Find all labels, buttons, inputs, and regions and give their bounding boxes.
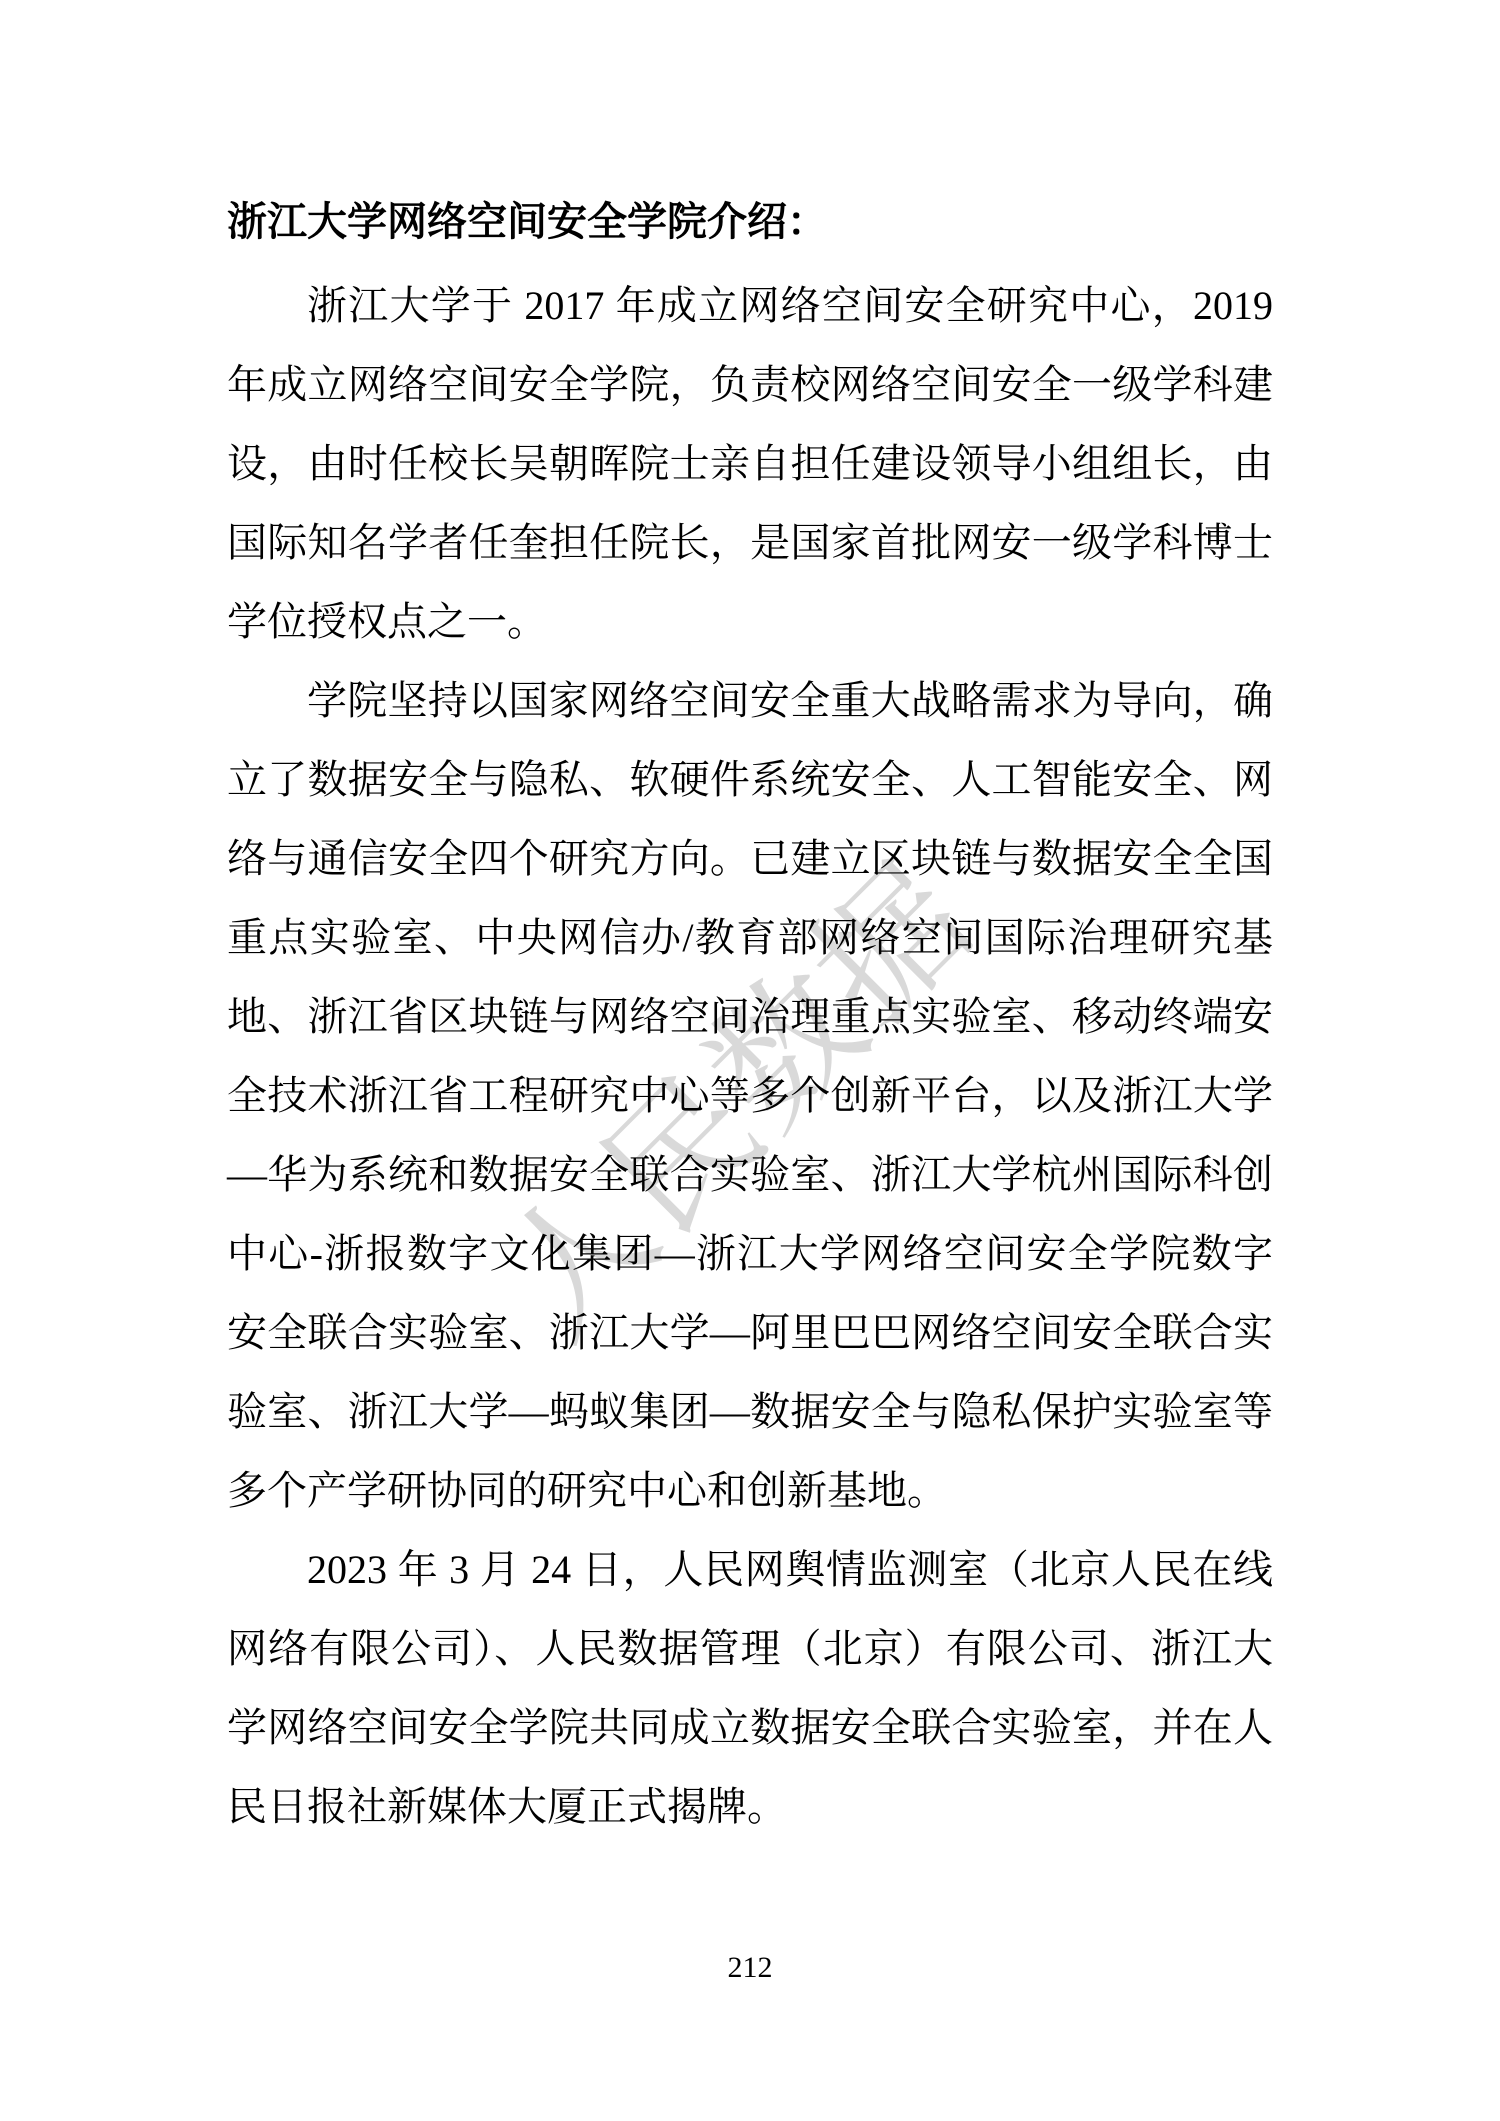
paragraph-joint-lab: 2023 年 3 月 24 日，人民网舆情监测室（北京人民在线网络有限公司）、人… [227, 1530, 1273, 1846]
document-heading: 浙江大学网络空间安全学院介绍： [227, 192, 827, 252]
document-body: 浙江大学于 2017 年成立网络空间安全研究中心，2019 年成立网络空间安全学… [227, 266, 1273, 1846]
document-page: 人民数据 浙江大学网络空间安全学院介绍： 浙江大学于 2017 年成立网络空间安… [0, 0, 1500, 2121]
page-number: 212 [0, 1950, 1500, 1986]
paragraph-research-directions: 学院坚持以国家网络空间安全重大战略需求为导向，确立了数据安全与隐私、软硬件系统安… [227, 661, 1273, 1530]
paragraph-intro: 浙江大学于 2017 年成立网络空间安全研究中心，2019 年成立网络空间安全学… [227, 266, 1273, 661]
